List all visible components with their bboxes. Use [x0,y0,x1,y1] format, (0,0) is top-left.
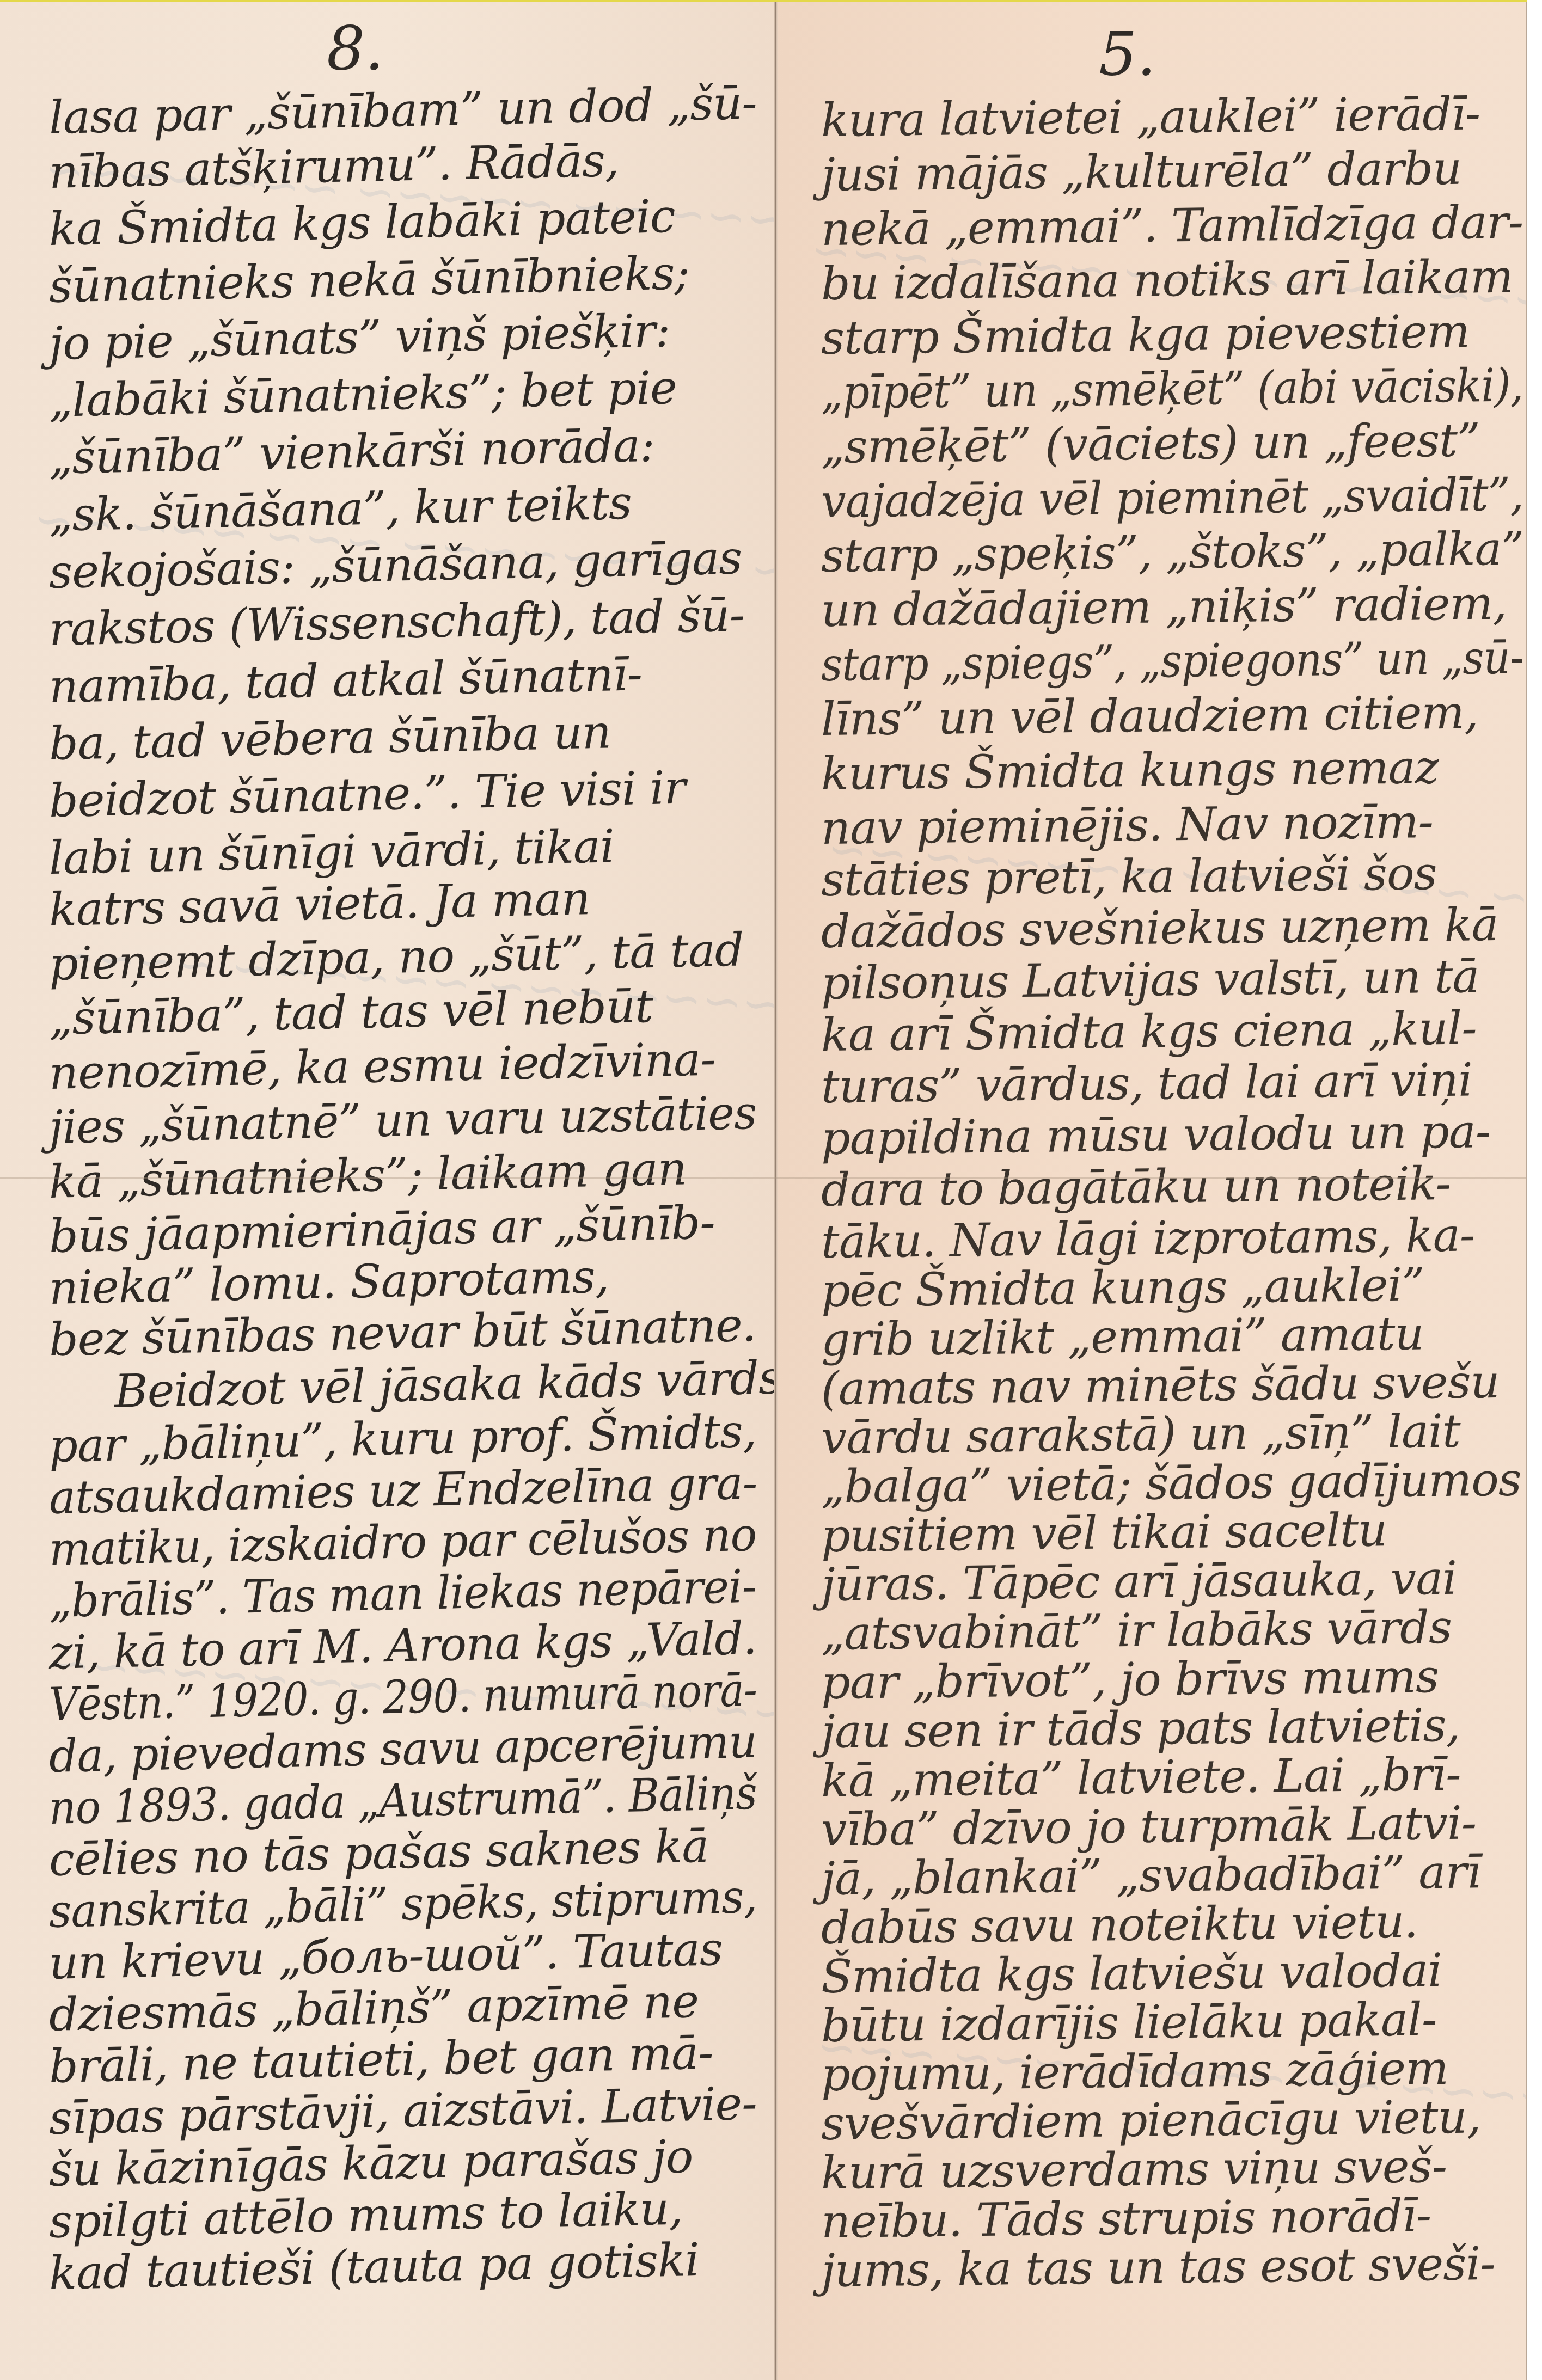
text-line: jums, ka tas un tas esot sveši- [821,2241,1495,2293]
text-line: Beidzot vēl jāsaka kāds vārds [114,1354,782,1414]
text-line: papildina mūsu valodu un pa- [821,1108,1491,1161]
text-line: namība, tad atkal šūnatnī- [48,651,642,709]
text-line: kā „meita” latviete. Lai „brī- [821,1751,1461,1804]
text-line: nieka” lomu. Saprotams, [48,1253,609,1311]
text-line: jā, „blankai” „svabadībai” arī [821,1849,1481,1901]
text-line: lasa par „šūnībam” un dod „šū- [48,80,757,140]
text-line: kurus Šmidta kungs nemaz [821,744,1439,796]
text-line: ba, tad vēbera šūnība un [48,709,611,766]
text-line: par „brīvot”, jo brīvs mums [821,1653,1439,1706]
text-line: nības atšķirumu”. Rādās, [48,137,619,195]
text-line: „šūnība”, tad tas vēl nebūt [48,983,653,1041]
text-line: pieņemt dzīpa, no „šūt”, tā tad [48,927,744,987]
left-page: ~~~ ~~~~ ~~ ~~~~~ ~~~ ~~~~ ~~~~ ~~ ~~~~~… [0,2,774,2380]
horizontal-fold-crease [0,1177,1527,1179]
text-line: ka Šmidta kgs labāki pateic [48,193,676,252]
right-page-text: kura latvietei „auklei” ierādī- jusi māj… [821,97,1523,2329]
text-line: bu izdalīšana notiks arī laikam [821,254,1513,306]
text-line: kurā uzsverdams viņu sveš- [821,2143,1447,2195]
text-line: grib uzlikt „emmai” amatu [821,1310,1424,1363]
text-line: šūnatnieks nekā šūnībnieks; [48,250,689,309]
text-line: beidzot šūnatne.”. Tie visi ir [48,765,686,824]
text-line: pojumu, ierādīdams zāģiem [821,2045,1449,2097]
text-line: „balga” vietā; šādos gadījumos [821,1457,1522,1510]
text-line: tāku. Nav lāgi izprotams, ka- [821,1212,1475,1265]
text-line: „sk. šūnāšana”, kur teikts [48,480,632,538]
page-number-left: 8. [327,19,384,78]
text-line: pilsoņus Latvijas valstī, un tā [821,953,1479,1006]
text-line: būtu izdarījis lielāku pakal- [821,1996,1437,2048]
text-line: vārdu sarakstā) un „sīņ” lait [821,1408,1461,1461]
text-line: „pīpēt” un „smēķēt” (abi vāciski), [821,363,1523,415]
text-line: dara to bagātāku un noteik- [821,1161,1451,1213]
text-line: jūras. Tāpēc arī jāsauka, vai [821,1555,1457,1608]
text-line: starp „spiegs”, „spiegons” un „sū- [821,634,1524,688]
text-line: vība” dzīvo jo turpmāk Latvi- [821,1800,1477,1853]
text-line: jies „šūnatnē” un varu uzstāties [48,1090,757,1150]
text-line: būs jāapmierinājas ar „šūnīb- [48,1199,715,1259]
text-line: jusi mājās „kulturēla” darbu [821,145,1462,198]
paper-right-edge [1526,2,1527,2380]
text-line: sekojošais: „šūnāšana, garīgas [48,535,742,595]
text-line: „smēķēt” (vāciets) un „feest” [821,417,1480,470]
text-line: neību. Tāds strupis norādī- [821,2192,1431,2244]
letter-sheet: ~~~ ~~~~ ~~ ~~~~~ ~~~ ~~~~ ~~~~ ~~ ~~~~~… [0,2,1527,2380]
text-line: jo pie „šūnats” viņš piešķir: [48,308,670,366]
text-line: svešvārdiem pienācīgu vietu, [821,2094,1481,2146]
text-line: „atsvabināt” ir labāks vārds [821,1604,1452,1657]
text-line: labi un šūnīgi vārdi, tikai [48,823,614,881]
text-line: turas” vārdus, tad lai arī viņi [821,1057,1473,1109]
left-page-text: lasa par „šūnībam” un dod „šū- nības atš… [49,95,757,2327]
text-line: starp Šmidta kga pievestiem [821,309,1470,361]
text-line: stāties pretī, ka latvieši šos [821,850,1437,903]
text-line: kura latvietei „auklei” ierādī- [821,90,1480,143]
page-number-right: 5. [1099,24,1156,84]
text-line: līns” un vēl daudziem citiem, [821,689,1479,742]
text-line: kā „šūnatnieks”; laikam gan [48,1145,687,1205]
text-line: „šūnība” vienkārši norāda: [48,422,655,481]
text-line: katrs savā vietā. Ja man [48,875,590,933]
text-line: starp „speķis”, „štoks”, „palka” [821,525,1524,579]
right-page: ~~~~ ~~ ~~~~~ ~~~~ ~~~ ~~~ ~~~~~ ~~ ~~~~… [778,2,1527,2380]
text-line: dažādos svešniekus uzņem kā [821,901,1499,954]
text-line: pēc Šmidta kungs „auklei” [821,1261,1425,1314]
text-line: un dažādajiem „niķis” radiem, [821,580,1507,633]
text-line: kad tautieši (tauta pa gotiski [48,2237,700,2296]
text-line: Šmidta kgs latviešu valodai [821,1947,1442,1999]
text-line: jau sen ir tāds pats latvietis, [821,1702,1460,1755]
text-line: ka arī Šmidta kgs ciena „kul- [821,1005,1477,1058]
text-line: dabūs savu noteiktu vietu. [821,1899,1418,1950]
text-line: nav pieminējis. Nav nozīm- [821,799,1434,851]
text-line: vajadzēja vēl pieminēt „svaidīt”, [821,471,1524,524]
text-line: rakstos (Wissenschaft), tad šū- [48,592,745,652]
text-line: (amats nav minēts šādu svešu [821,1359,1500,1412]
text-line: nenozīmē, ka esmu iedzīvina- [48,1036,715,1096]
text-line: „labāki šūnatnieks”; bet pie [48,365,677,424]
text-line: nekā „emmai”. Tamlīdzīga dar- [821,199,1523,252]
text-line: pusitiem vēl tikai saceltu [821,1507,1387,1559]
